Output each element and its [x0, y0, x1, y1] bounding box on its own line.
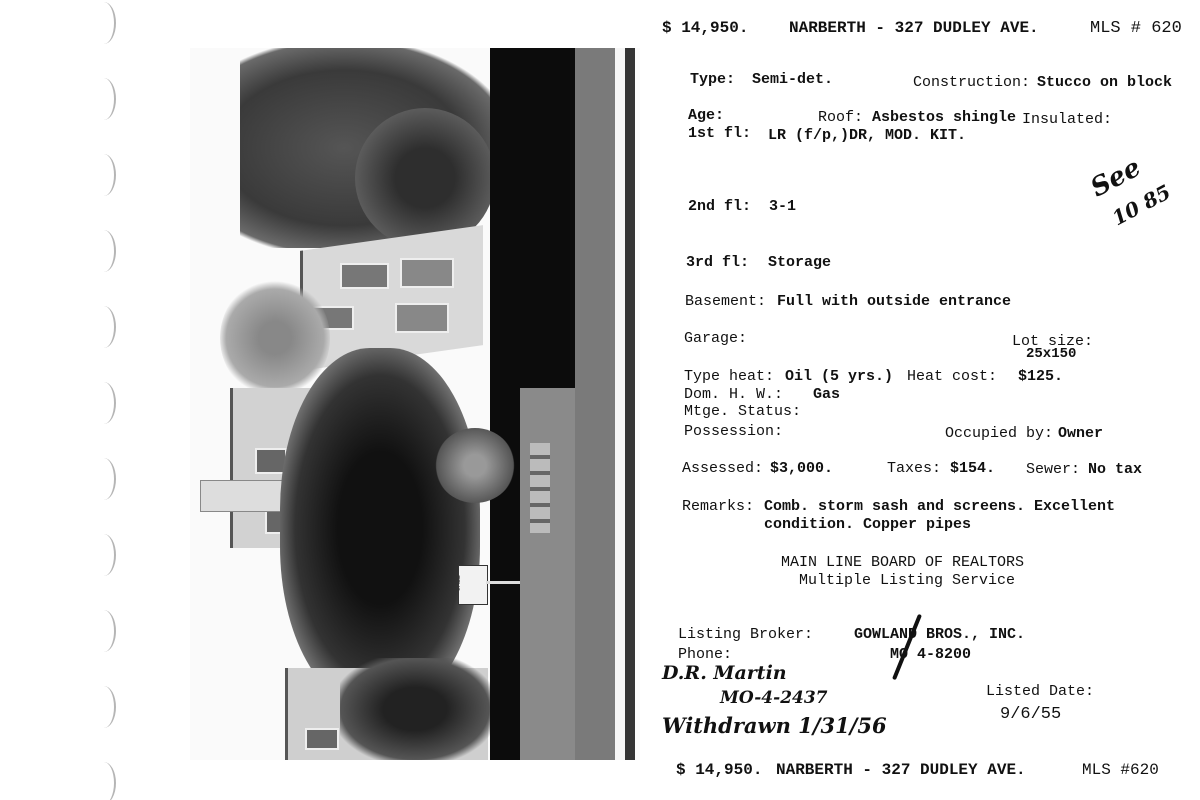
sign-sale: SALE: [458, 575, 462, 591]
remarks-label: Remarks:: [682, 499, 754, 514]
insulated-label: Insulated:: [1022, 112, 1112, 127]
address: NARBERTH - 327 DUDLEY AVE.: [789, 20, 1039, 36]
board-service: Multiple Listing Service: [799, 573, 1015, 588]
basement-value: Full with outside entrance: [777, 294, 1011, 309]
binder-hole: [92, 686, 116, 728]
handwritten-agent-phone: MO-4-2437: [720, 690, 828, 707]
third-floor-label: 3rd fl:: [686, 255, 749, 270]
board-name: MAIN LINE BOARD OF REALTORS: [781, 555, 1024, 570]
lot-size-value: 25x150: [1026, 347, 1076, 361]
dom-hw-value: Gas: [813, 387, 840, 402]
binder-hole: [92, 78, 116, 120]
possession-label: Possession:: [684, 424, 783, 439]
construction-value: Stucco on block: [1037, 75, 1172, 90]
curb: [615, 48, 625, 760]
assessed-label: Assessed:: [682, 461, 763, 476]
mls-number: MLS # 620: [1090, 20, 1182, 37]
assessed-value: $3,000.: [770, 461, 833, 476]
remarks-line-2: condition. Copper pipes: [764, 517, 971, 532]
binder-hole: [92, 154, 116, 196]
occupied-by-value: Owner: [1058, 426, 1103, 441]
listed-date-label: Listed Date:: [986, 684, 1094, 699]
binder-hole: [92, 230, 116, 272]
first-floor-label: 1st fl:: [688, 126, 751, 141]
remarks-line-1: Comb. storm sash and screens. Excellent: [764, 499, 1115, 514]
basement-label: Basement:: [685, 294, 766, 309]
binder-hole: [92, 2, 116, 44]
garage-label: Garage:: [684, 331, 747, 346]
footer-mls-number: MLS #620: [1082, 762, 1159, 778]
dom-hw-label: Dom. H. W.:: [684, 387, 783, 402]
heat-type-label: Type heat:: [684, 369, 774, 384]
first-floor-value: LR (f/p,)DR, MOD. KIT.: [768, 128, 966, 143]
binder-hole: [92, 458, 116, 500]
heat-cost-label: Heat cost:: [907, 369, 997, 384]
mortgage-status-label: Mtge. Status:: [684, 404, 801, 419]
taxes-value: $154.: [950, 461, 995, 476]
listing-broker-label: Listing Broker:: [678, 627, 813, 642]
roof-label: Roof:: [818, 110, 863, 125]
roof-value: Asbestos shingle: [872, 110, 1016, 125]
price: $ 14,950.: [662, 20, 748, 36]
handwritten-withdrawn-note: Withdrawn 1/31/56: [662, 715, 887, 736]
type-value: Semi-det.: [752, 72, 833, 87]
footer-price: $ 14,950.: [676, 762, 762, 778]
house-photo: SALE: [190, 48, 640, 760]
listing-broker-value: GOWLAND BROS., INC.: [854, 627, 1025, 642]
age-label: Age:: [688, 108, 724, 123]
phone-label: Phone:: [678, 647, 732, 662]
occupied-by-label: Occupied by:: [945, 426, 1053, 441]
binder-hole: [92, 306, 116, 348]
construction-label: Construction:: [913, 75, 1030, 90]
for-sale-sign: SALE: [458, 565, 488, 605]
taxes-label: Taxes:: [887, 461, 941, 476]
binder-hole: [92, 762, 116, 800]
heat-cost-value: $125.: [1018, 369, 1063, 384]
sewer-value: No tax: [1088, 462, 1142, 477]
handwritten-agent-name: D.R. Martin: [662, 664, 787, 683]
third-floor-value: Storage: [768, 255, 831, 270]
listed-date-value: 9/6/55: [1000, 706, 1061, 723]
footer-address: NARBERTH - 327 DUDLEY AVE.: [776, 762, 1026, 778]
second-floor-value: 3-1: [769, 199, 796, 214]
heat-type-value: Oil (5 yrs.): [785, 369, 893, 384]
type-label: Type:: [690, 72, 735, 87]
binder-hole: [92, 382, 116, 424]
sewer-label: Sewer:: [1026, 462, 1080, 477]
second-floor-label: 2nd fl:: [688, 199, 751, 214]
binder-hole: [92, 610, 116, 652]
binder-hole: [92, 534, 116, 576]
